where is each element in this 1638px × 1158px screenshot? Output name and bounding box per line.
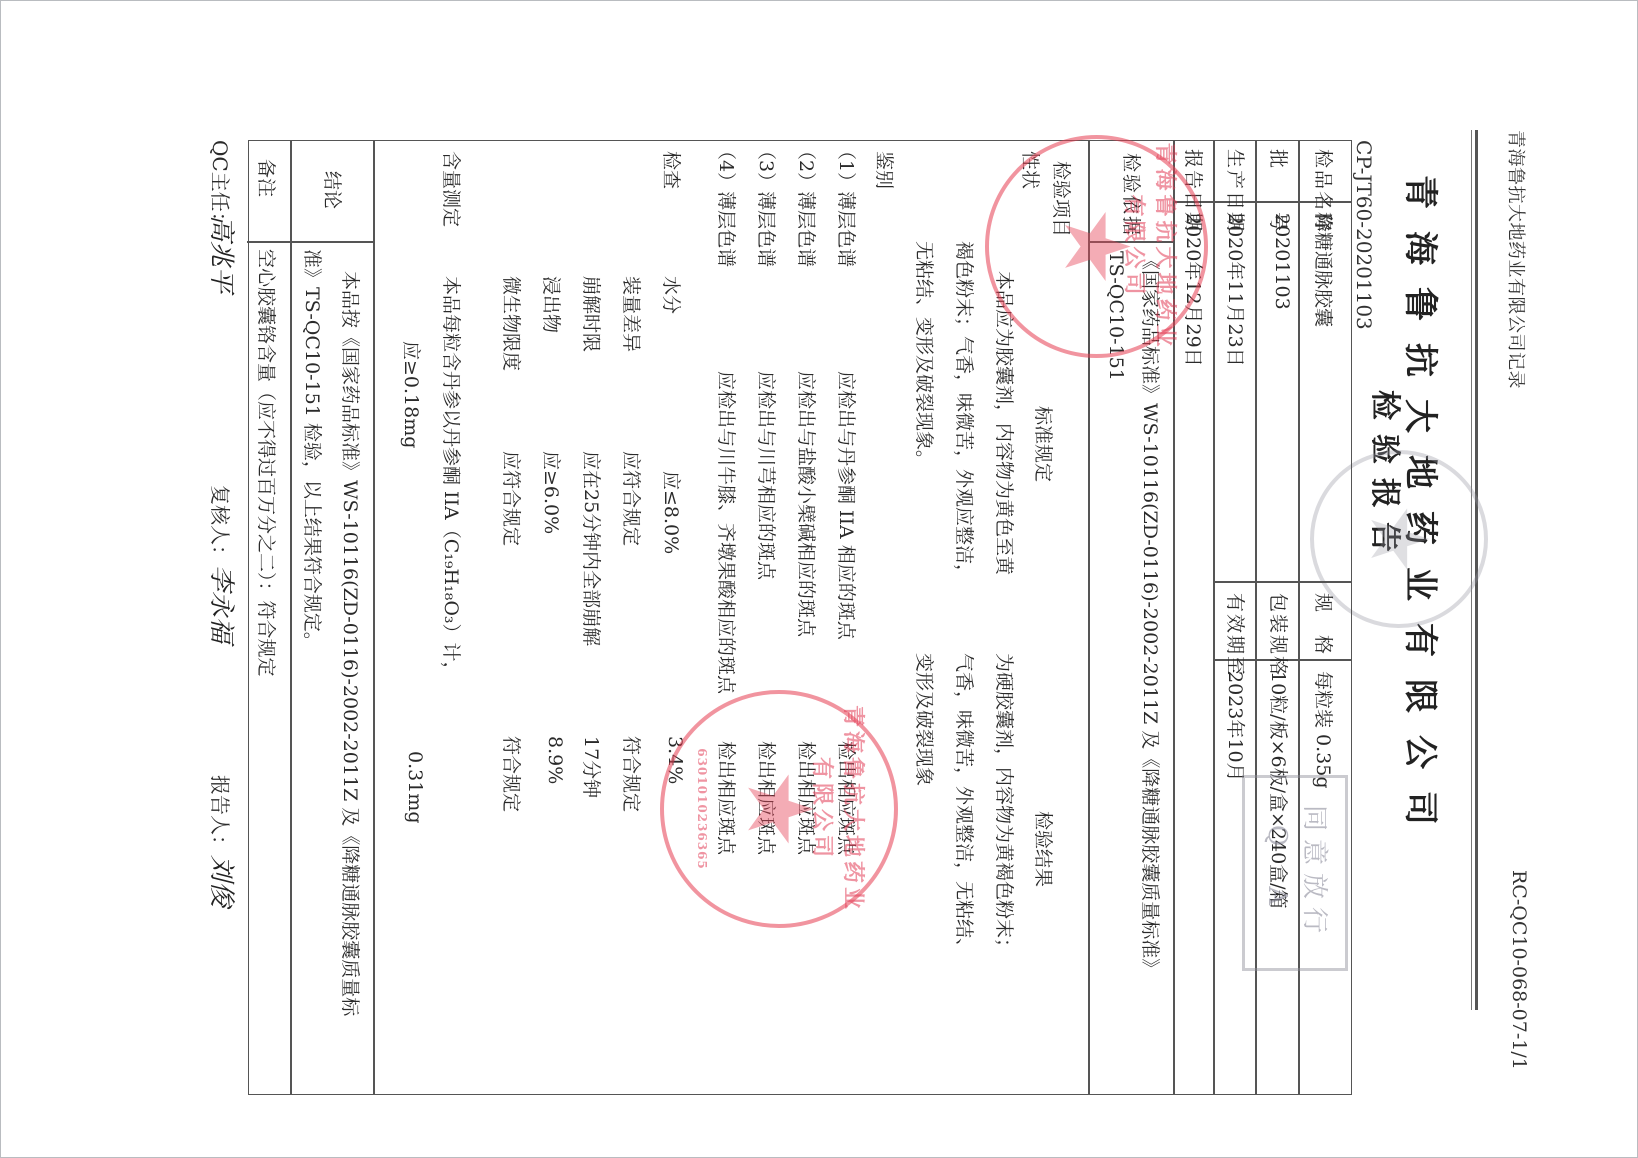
row-line xyxy=(291,141,293,1094)
red-company-stamp-top: ★ 青海鲁抗大地药业有限公司 xyxy=(985,135,1208,358)
production-date-value: 2020年11月23日 xyxy=(1223,213,1250,367)
properties-result-1: 为硬胶囊剂，内容物为黄褐色粉末； xyxy=(992,653,1019,957)
identification-2-standard: 应检出与盐酸小檗碱相应的斑点 xyxy=(794,371,821,637)
inspection-1-name: 水分 xyxy=(659,276,686,314)
inspection-label: 检查 xyxy=(659,151,686,189)
inspection-4-name: 浸出物 xyxy=(539,276,566,333)
basis-line-1: 《国家药品标准》WS-10116(ZD-0116)-2002-2011Z 及《降… xyxy=(1138,251,1165,977)
report-code: CP-JT60-20201103 xyxy=(1352,140,1376,330)
inspection-3-standard: 应在25分钟内全部崩解 xyxy=(579,451,606,646)
identification-4-standard: 应检出与川牛膝、齐墩果酸相应的斑点 xyxy=(714,371,741,694)
inspection-5-standard: 应符合规定 xyxy=(499,451,526,546)
properties-result-3: 变形及破裂现象 xyxy=(912,653,939,786)
row-line xyxy=(374,141,376,1094)
reviewer-label: 复核人： xyxy=(207,485,236,565)
properties-result-2: 气香，味微苦，外观整洁，无粘结、 xyxy=(952,653,979,957)
spec-value: 每粒装 0.35g xyxy=(1311,671,1338,789)
inspection-5-name: 微生物限度 xyxy=(499,276,526,371)
inspection-4-standard: 应≥6.0% xyxy=(539,451,566,534)
red-stamp-text: 青海鲁抗大地药业有限公司 xyxy=(1120,139,1182,354)
batch-value: 20201103 xyxy=(1271,213,1293,310)
form-number: RC-QC10-068-07-1/1 xyxy=(1508,870,1530,1070)
packaging-label: 包装规格 xyxy=(1266,593,1293,677)
qa-stamp-text: 同意放行 xyxy=(1298,778,1335,968)
identification-1-standard: 应检出与丹参酮 IIA 相应的斑点 xyxy=(834,371,861,640)
expiry-value: 2023年10月 xyxy=(1223,671,1250,782)
remarks-label: 备注 xyxy=(254,159,281,197)
identification-3-standard: 应检出与川芎相应的斑点 xyxy=(754,371,781,580)
inspection-2-name: 装量差异 xyxy=(619,276,646,352)
row-line xyxy=(1214,141,1216,1094)
red-stamp-number: 6301010236365 xyxy=(695,694,709,924)
record-label: 青海鲁抗大地药业有限公司记录 xyxy=(1504,130,1530,389)
identification-1-name: （1）薄层色谱 xyxy=(834,141,861,267)
inspection-1-standard: 应≤8.0% xyxy=(659,471,686,554)
red-company-stamp-results: ★ 青海鲁抗大地药业有限公司 6301010236365 xyxy=(660,690,898,928)
identification-label: 鉴别 xyxy=(872,151,899,189)
reporter-signature: 刘俊 xyxy=(205,855,242,907)
star-icon: ★ xyxy=(1353,503,1446,575)
identification-3-name: （3）薄层色谱 xyxy=(754,141,781,267)
conclusion-line-1: 本品按《国家药品标准》WS-10116(ZD-0116)-2002-2011Z … xyxy=(338,271,365,1016)
properties-standard-2: 褐色粉末；气香，味微苦，外观应整洁， xyxy=(952,241,979,583)
spec-label: 规 格 xyxy=(1311,593,1338,656)
col-line xyxy=(1215,581,1351,583)
assay-label: 含量测定 xyxy=(439,151,466,227)
inspection-2-result: 符合规定 xyxy=(619,736,646,812)
identification-2-name: （2）薄层色谱 xyxy=(794,141,821,267)
inspection-3-name: 崩解时限 xyxy=(579,276,606,352)
reporter-label: 报告人： xyxy=(207,775,236,855)
inspection-2-standard: 应符合规定 xyxy=(619,451,646,546)
identification-4-name: （4）薄层色谱 xyxy=(714,141,741,267)
product-name-value: 降糖通脉胶囊 xyxy=(1311,213,1338,327)
reviewer-signature: 李永福 xyxy=(205,565,242,643)
remarks-text: 空心胶囊铬含量（应不得过百万分之二）：符合规定 xyxy=(254,249,281,677)
inspection-4-result: 8.9% xyxy=(544,736,566,784)
inspection-5-result: 符合规定 xyxy=(499,736,526,812)
assay-result: 0.31mg xyxy=(404,751,426,823)
inspection-report-page: 青海鲁抗大地药业有限公司记录 RC-QC10-068-07-1/1 青海鲁抗大地… xyxy=(0,0,1638,1158)
qc-director-signature: 高兆平 xyxy=(205,215,242,293)
expiry-label: 有效期至 xyxy=(1223,593,1250,677)
col-result-heading: 检验结果 xyxy=(1031,811,1058,887)
col-standard-heading: 标准规定 xyxy=(1031,406,1058,482)
properties-standard-3: 无粘结、变形及破裂现象。 xyxy=(912,241,939,469)
conclusion-label: 结论 xyxy=(320,171,347,209)
assay-standard-1: 本品每粒含丹参以丹参酮 IIA（C₁₉H₁₈O₃）计， xyxy=(439,276,466,681)
col-line xyxy=(247,241,375,243)
qa-release-stamp: 同意放行 Q A xyxy=(1242,775,1348,971)
red-stamp-text: 青海鲁抗大地药业有限公司 xyxy=(808,694,870,924)
qa-stamp-sub: Q A xyxy=(1262,778,1292,968)
conclusion-line-2: 准》TS-QC10-151 检验，以上结果符合规定。 xyxy=(300,249,327,651)
assay-standard-2: 应≥0.18mg xyxy=(399,341,426,448)
inspection-3-result: 17分钟 xyxy=(579,736,606,798)
